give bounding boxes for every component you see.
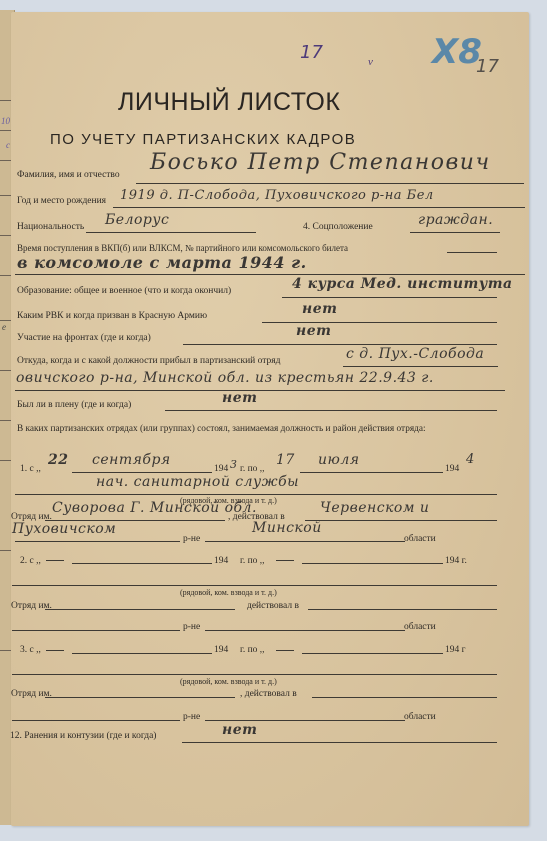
social-rule [410,232,500,233]
wounds-rule [182,742,497,743]
page-subtitle: ПО УЧЕТУ ПАРТИЗАНСКИХ КАДРОВ [50,131,356,148]
page-title: ЛИЧНЫЙ ЛИСТОК [118,88,340,117]
unit1-district: Пуховичском [12,521,116,537]
folio-number-pencil: 17 [476,56,499,77]
unit2-to-day-rule [276,560,294,561]
unit3-district-label: р-не [183,712,200,722]
unit1-district-rule [15,541,180,542]
unit2-to-year: 194 г. [445,556,467,566]
captivity-label: Был ли в плену (где и когда) [17,400,131,410]
origin-rule-2 [15,390,505,391]
captivity-value: нет [222,390,257,406]
unit2-position-rule [12,585,497,586]
origin-rule-1 [343,366,498,367]
birth-label: Год и место рождения [17,196,106,206]
unit1-position-rule [15,494,497,495]
unit2-from-year: 194 [214,556,228,566]
origin-value-line2: овичского р-на, Минской обл. из крестьян… [16,370,434,386]
unit1-from-year-prefix: 194 [214,464,228,474]
unit3-acted-rule [312,697,497,698]
unit1-acted-in: Червенском и [320,500,429,516]
unit1-to-year-digit: 4 [466,452,475,467]
unit1-region: Минской [252,520,322,536]
unit3-position-hint: (рядовой, ком. взвода и т. д.) [180,677,277,686]
party-rule [15,274,525,275]
origin-value-line1: с д. Пух.-Слобода [346,346,484,362]
birth-rule [113,207,525,208]
unit3-number: 3. с ,, [20,645,41,655]
unit2-day-rule [46,560,64,561]
rvk-value: нет [302,301,337,317]
folio-number-purple: 17 [300,42,323,63]
unit2-district-label: р-не [183,622,200,632]
unit3-region-label: области [404,712,436,722]
captivity-rule [165,410,497,411]
unit1-g-po: г. по ,, [240,464,265,474]
unit3-region-rule [205,720,405,721]
unit3-to-year: 194 г [445,645,466,655]
check-mark-icon: v [368,56,373,68]
unit3-detachment-rule [45,697,235,698]
unit2-acted-label: действовал в [247,601,299,611]
unit2-acted-rule [308,609,497,610]
unit3-acted-label: , действовал в [240,689,297,699]
unit2-from-rule [72,563,212,564]
unit3-day-rule [46,650,64,651]
unit3-position-rule [12,674,497,675]
unit3-from-year: 194 [214,645,228,655]
nationality-value: Белорус [105,212,169,228]
unit1-region-label: области [404,534,436,544]
fronts-value: нет [296,323,331,339]
unit3-to-rule [302,653,443,654]
origin-label: Откуда, когда и с какой должности прибыл… [17,356,280,366]
education-rule [282,297,497,298]
party-label: Время поступления в ВКП(б) или ВЛКСМ, № … [17,243,348,253]
name-label: Фамилия, имя и отчество [17,170,120,180]
units-label: В каких партизанских отрядах (или группа… [17,420,507,439]
unit1-from-day: 22 [48,452,68,468]
unit3-district-rule [12,720,180,721]
margin-note: 10 [1,116,10,126]
unit1-from-year-digit: 3 [230,458,238,471]
unit3-to-day-rule [276,650,294,651]
nationality-rule [86,232,256,233]
wounds-value: нет [222,722,257,738]
unit1-district-label: р-не [183,534,200,544]
social-value: граждан. [418,212,493,228]
name-value: Босько Петр Степанович [150,150,491,175]
unit2-g-po: г. по ,, [240,556,265,566]
unit1-detachment: Суворова Г. Минской обл. [52,500,257,516]
nationality-label: Национальность [17,222,84,232]
birth-value: 1919 д. П-Слобода, Пуховичского р-на Бел [120,188,434,203]
social-label: 4. Соцположение [303,222,373,232]
education-value: 4 курса Мед. института [292,276,513,292]
unit2-region-label: области [404,622,436,632]
unit1-region-rule [205,541,405,542]
margin-note: с [6,140,10,150]
folio-number-blue: X8 [432,32,482,72]
party-rule-end [447,252,497,253]
unit1-to-day: 17 [276,452,295,468]
unit3-from-rule [72,653,212,654]
unit2-district-rule [12,630,180,631]
unit1-to-month: июля [318,452,360,468]
unit2-position-hint: (рядовой, ком. взвода и т. д.) [180,588,277,597]
education-label: Образование: общее и военное (что и когд… [17,286,231,296]
margin-note: е [2,322,6,332]
wounds-label: 12. Ранения и контузии (где и когда) [10,731,156,741]
unit1-acted-rule [305,520,497,521]
unit1-to-year-prefix: 194 [445,464,459,474]
fronts-label: Участие на фронтах (где и когда) [17,333,151,343]
rvk-label: Каким РВК и когда призван в Красную Арми… [17,311,207,321]
unit3-g-po: г. по ,, [240,645,265,655]
unit2-to-rule [302,563,443,564]
unit2-detachment-rule [45,609,235,610]
unit1-to-rule [300,472,443,473]
unit2-number: 2. с ,, [20,556,41,566]
unit1-position: нач. санитарной службы [96,474,299,490]
unit1-from-rule [72,472,212,473]
unit1-number: 1. с ,, [20,464,41,474]
unit1-from-month: сентября [92,452,171,468]
fronts-rule [183,344,497,345]
party-value: в комсомоле с марта 1944 г. [17,253,307,272]
name-rule [136,183,524,184]
unit2-region-rule [205,630,405,631]
